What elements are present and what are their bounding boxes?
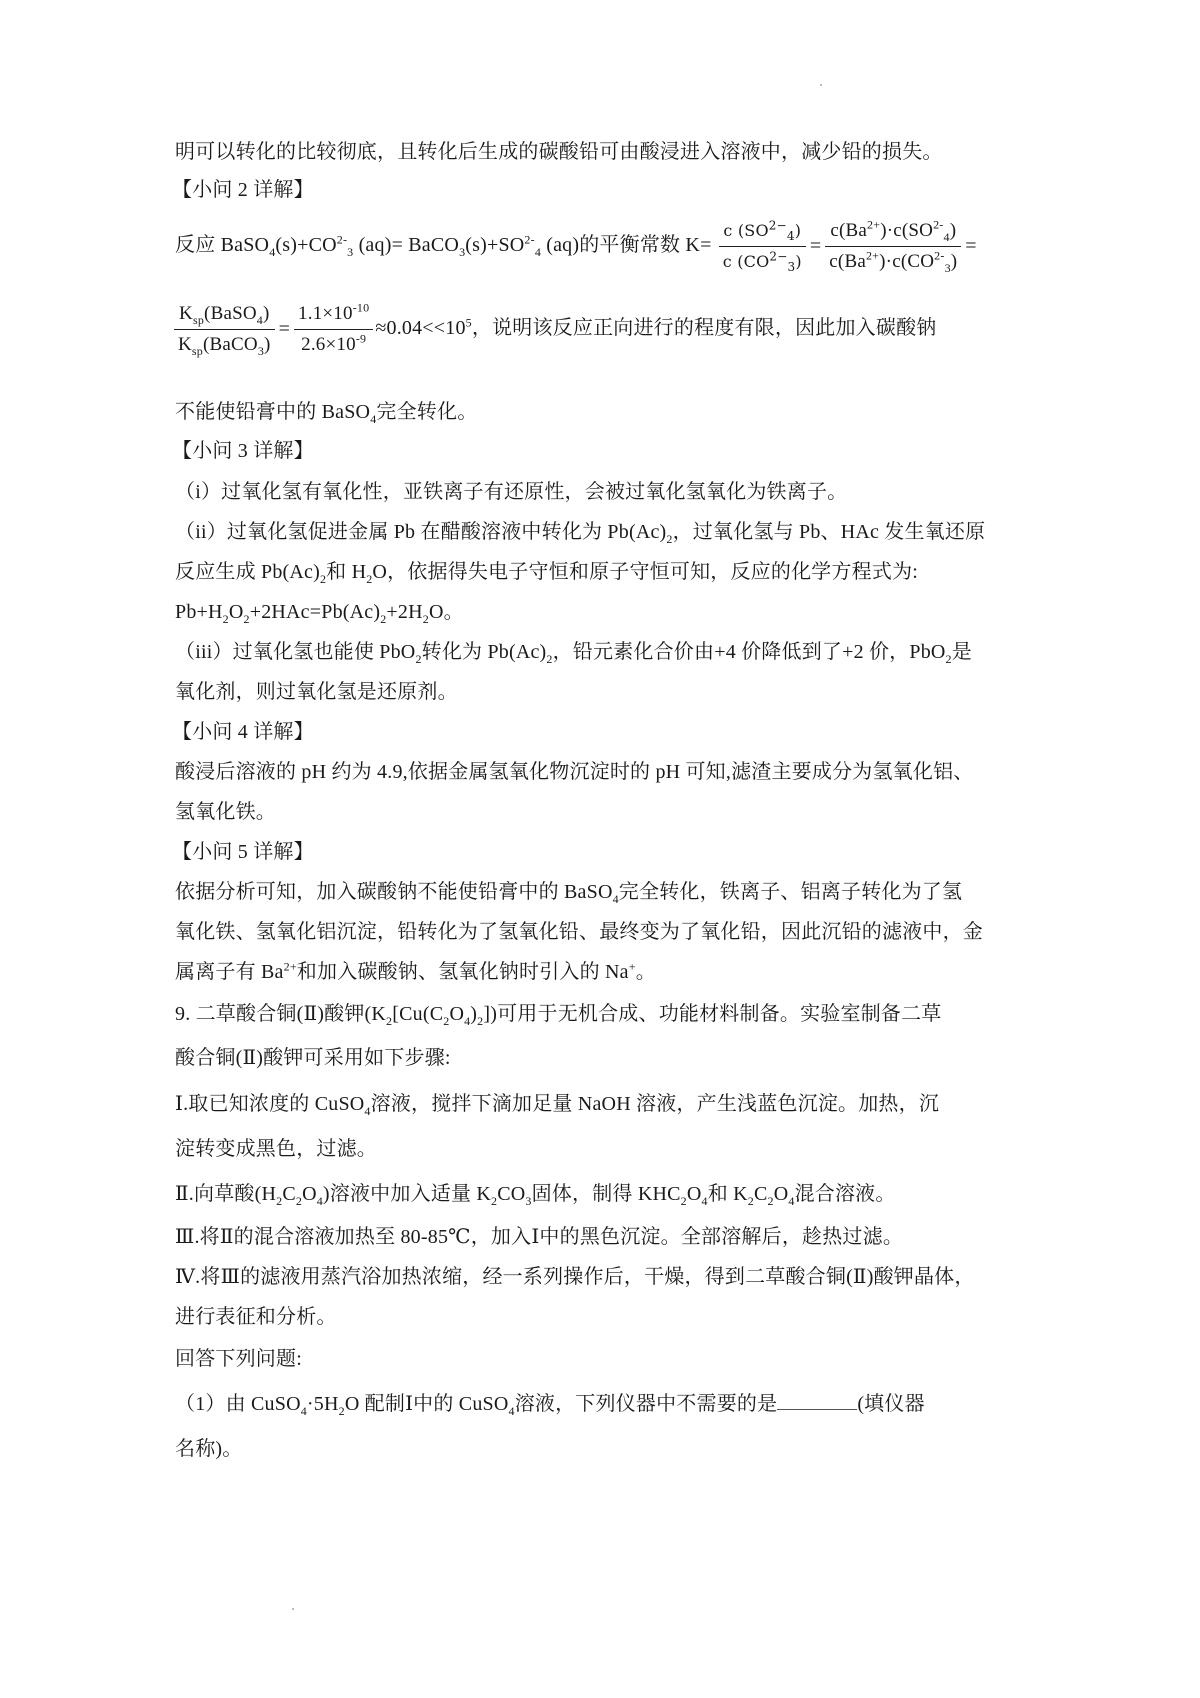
answer-prompt: 回答下列问题: [175,1345,302,1373]
step1-line1: Ⅰ.取已知浓度的 CuSO4溶液，搅拌下滴加足量 NaOH 溶液，产生浅蓝色沉淀… [175,1090,939,1118]
answer-blank[interactable] [777,1391,857,1410]
step3: Ⅲ.将Ⅱ的混合溶液加热至 80-85℃，加入Ⅰ中的黑色沉淀。全部溶解后，趁热过滤… [175,1223,903,1251]
scan-dot [292,1608,294,1610]
sub5-line1: 依据分析可知，加入碳酸钠不能使铅膏中的 BaSO4完全转化，铁离子、铝离子转化为… [175,878,962,906]
fraction-k-concentration: c (SO2−4) c (CO2−3) [719,216,806,277]
sub4-line2: 氢氧化铁。 [175,798,276,826]
sub3-item-iii-line2: 氧化剂，则过氧化氢是还原剂。 [175,678,458,706]
question-1-line2: 名称)。 [175,1435,242,1463]
sub4-line1: 酸浸后溶液的 pH 约为 4.9,依据金属氢氧化物沉淀时的 pH 可知,滤渣主要… [175,758,974,786]
step2: Ⅱ.向草酸(H2C2O4)溶液中加入适量 K2CO3固体，制得 KHC2O4和 … [175,1180,896,1208]
heading-sub5: 【小问 5 详解】 [172,838,314,866]
scan-dot [820,84,822,86]
chemical-equation: Pb+H2O2+2HAc=Pb(Ac)2+2H2O。 [175,598,464,626]
sub5-line3: 属离子有 Ba2+和加入碳酸钠、氢氧化钠时引入的 Na+。 [175,958,656,986]
equilibrium-constant-line: 反应 BaSO4(s)+CO2-3 (aq)= BaCO3(s)+SO2-4 (… [175,212,979,279]
heading-sub4: 【小问 4 详解】 [172,718,314,746]
sub3-item-ii-line2: 反应生成 Pb(Ac)2和 H2O，依据得失电子守恒和原子守恒可知，反应的化学方… [175,558,918,586]
fraction-k-ba-multiplied: c(Ba2+)·c(SO2-4) c(Ba2+)·c(CO2-3) [825,216,961,277]
sub2-conclusion: 不能使铅膏中的 BaSO4完全转化。 [175,398,477,426]
paragraph-continuation: 明可以转化的比较彻底，且转化后生成的碳酸铅可由酸浸进入溶液中，减少铅的损失。 [175,138,943,166]
sub3-item-iii-line1: （iii）过氧化氢也能使 PbO2转化为 Pb(Ac)2，铅元素化合价由+4 价… [175,638,972,666]
heading-sub2: 【小问 2 详解】 [172,176,314,204]
heading-sub3: 【小问 3 详解】 [172,437,314,465]
step1-line2: 淀转变成黑色，过滤。 [175,1135,377,1163]
fraction-ksp-values: 1.1×10-10 2.6×10-9 [294,299,373,360]
sub3-item-i: （i）过氧化氢有氧化性，亚铁离子有还原性，会被过氧化氢氧化为铁离子。 [175,478,847,506]
fraction-ksp: Ksp(BaSO4) Ksp(BaCO3) [174,299,275,360]
ksp-ratio-line: Ksp(BaSO4) Ksp(BaCO3) = 1.1×10-10 2.6×10… [172,295,936,362]
step4-line1: Ⅳ.将Ⅲ的滤液用蒸汽浴加热浓缩，经一系列操作后，干燥，得到二草酸合铜(Ⅱ)酸钾晶… [175,1263,975,1291]
question-9-line2: 酸合铜(Ⅱ)酸钾可采用如下步骤: [175,1044,451,1072]
step4-line2: 进行表征和分析。 [175,1303,337,1331]
sub3-item-ii-line1: （ii）过氧化氢促进金属 Pb 在醋酸溶液中转化为 Pb(Ac)2，过氧化氢与 … [175,518,985,546]
document-page: 明可以转化的比较彻底，且转化后生成的碳酸铅可由酸浸进入溶液中，减少铅的损失。 【… [0,0,1200,1698]
sub5-line2: 氧化铁、氢氧化铝沉淀，铅转化为了氢氧化铅、最终变为了氧化铅，因此沉铅的滤液中，金 [175,918,983,946]
question-1-line1: （1）由 CuSO4·5H2O 配制Ⅰ中的 CuSO4溶液，下列仪器中不需要的是… [175,1390,925,1418]
question-9-line1: 9. 二草酸合铜(Ⅱ)酸钾(K2[Cu(C2O4)2])可用于无机合成、功能材料… [175,1000,942,1028]
